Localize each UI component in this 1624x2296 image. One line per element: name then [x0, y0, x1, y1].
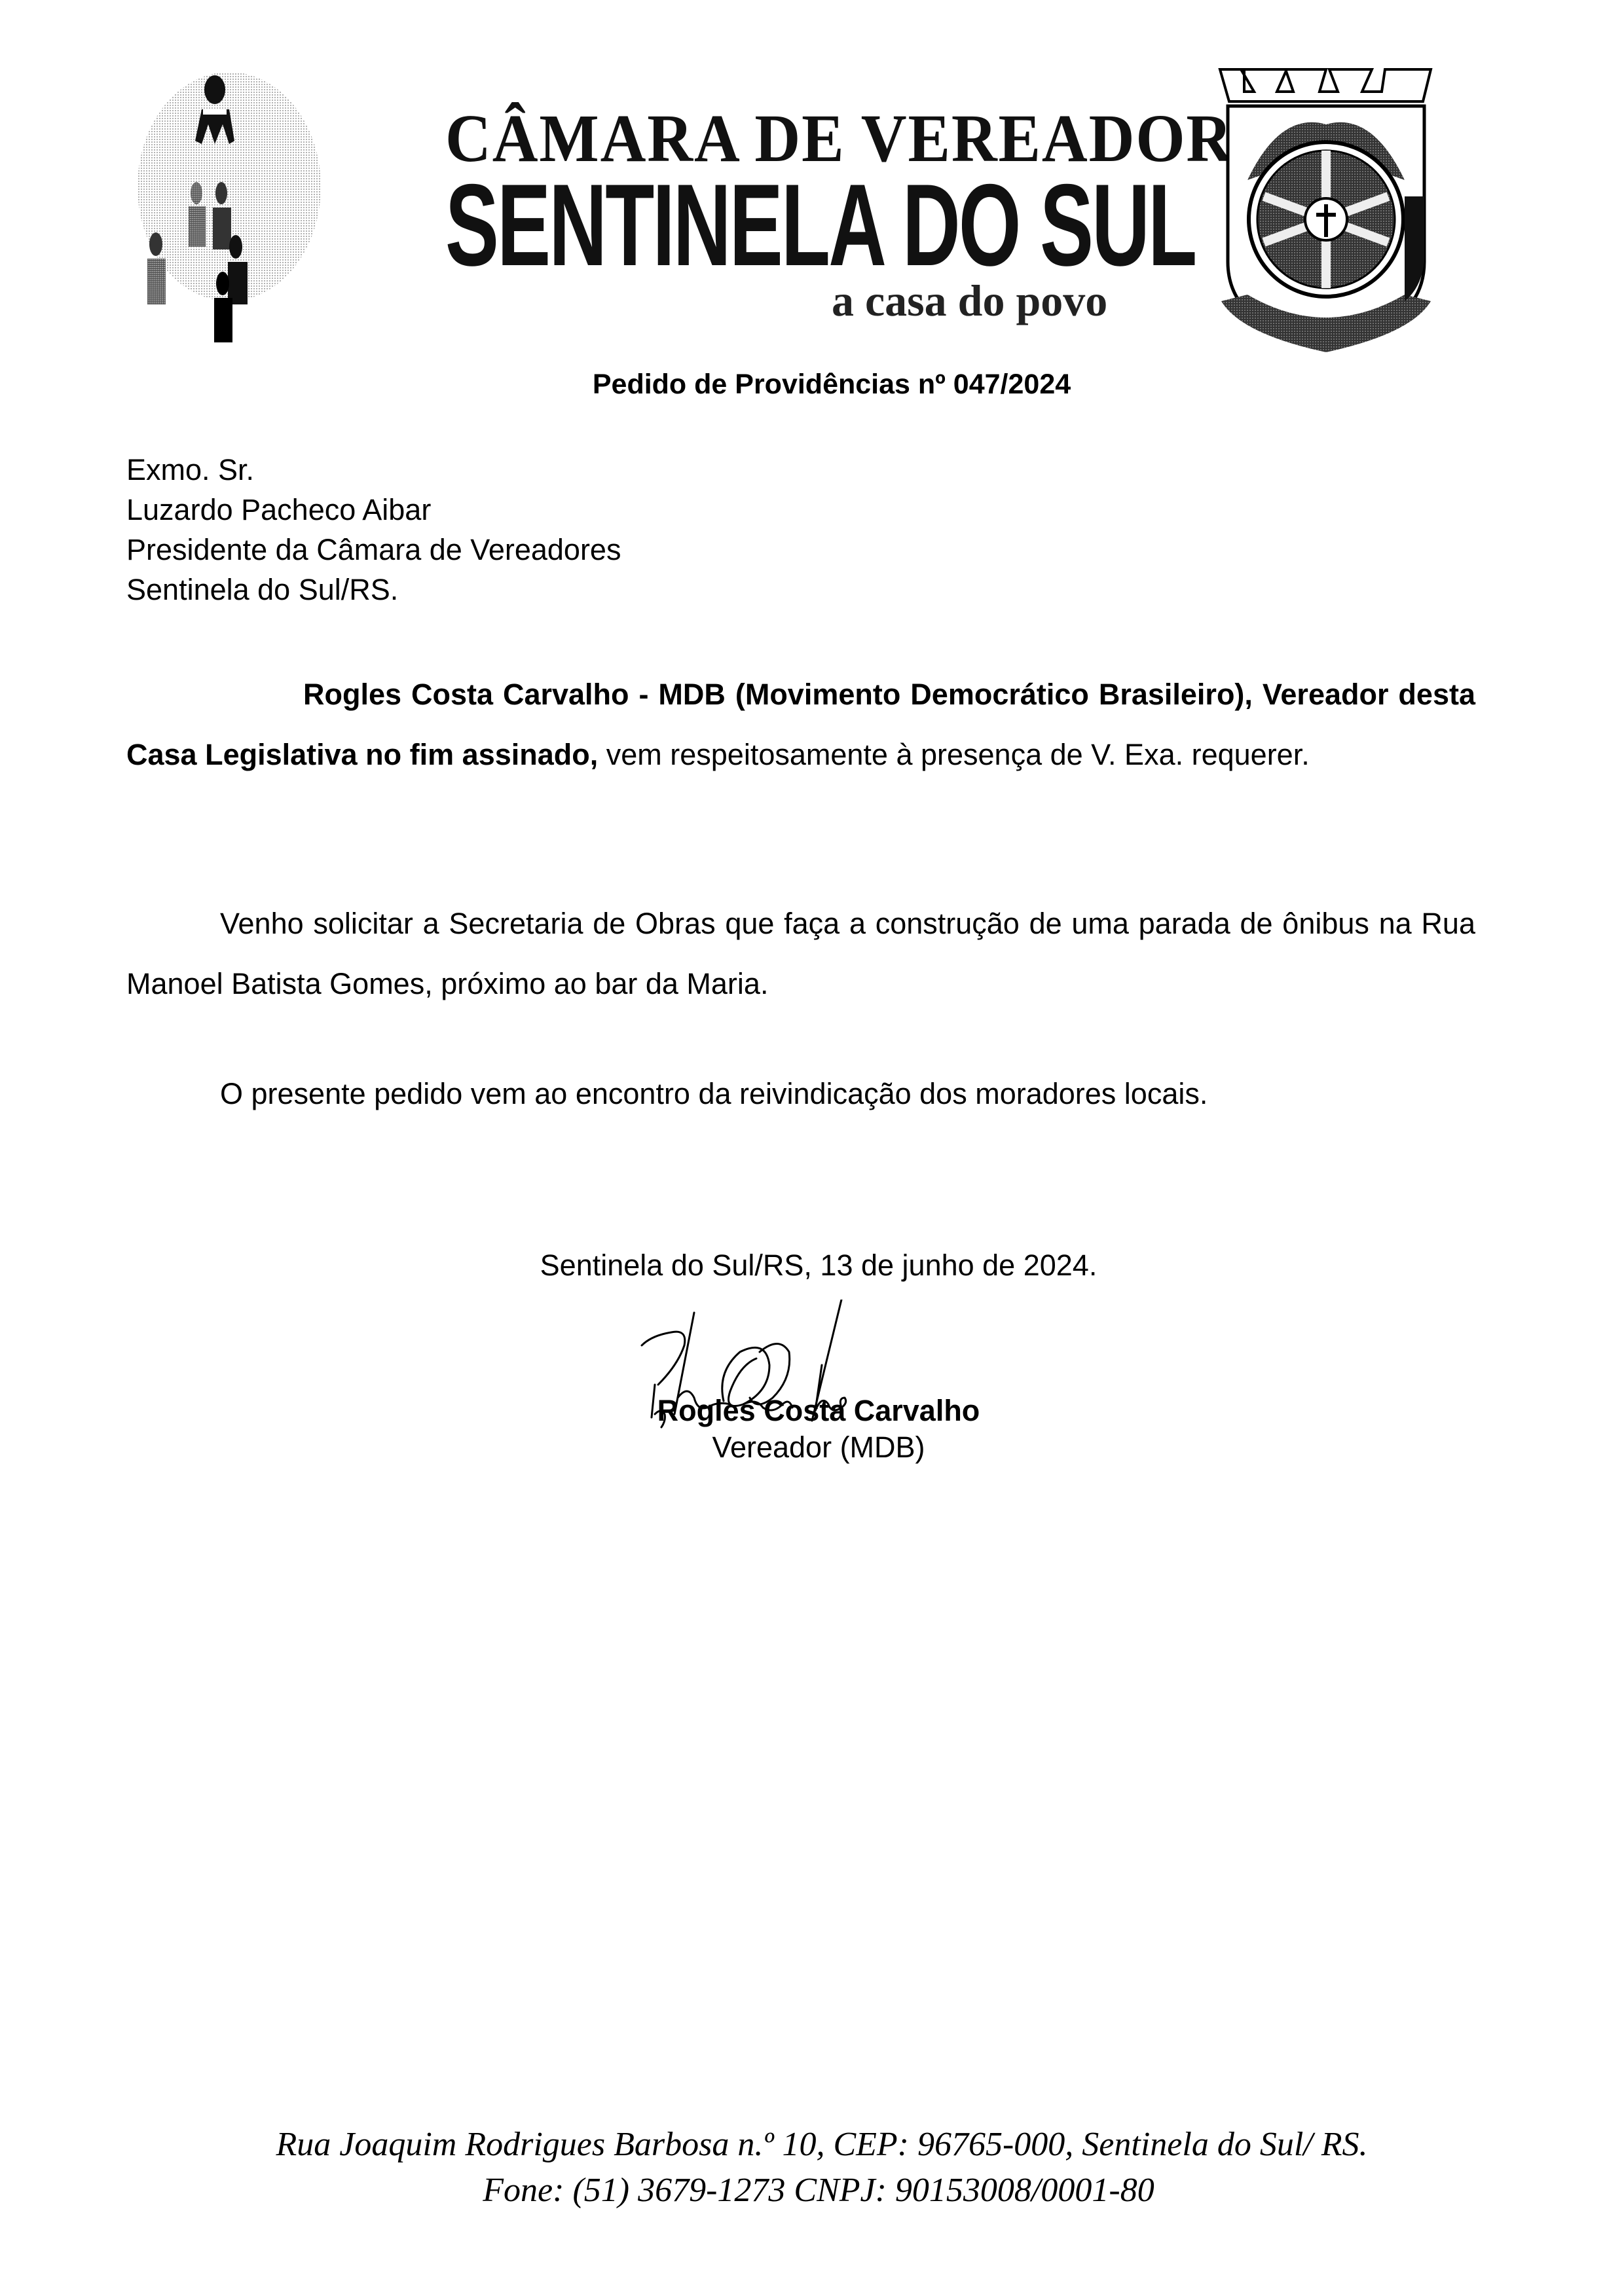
intro-normal-text: vem respeitosamente à presença de V. Exa… — [598, 738, 1309, 771]
document-title: Pedido de Providências nº 047/2024 — [0, 371, 1624, 399]
place-and-date: Sentinela do Sul/RS, 13 de junho de 2024… — [0, 1250, 1624, 1280]
institution-slogan: a casa do povo — [832, 278, 1107, 323]
municipal-coat-of-arms-icon — [1215, 65, 1437, 354]
addressee-title: Presidente da Câmara de Vereadores — [126, 530, 621, 570]
intro-paragraph: Rogles Costa Carvalho - MDB (Movimento D… — [126, 665, 1475, 785]
people-assembly-icon — [124, 62, 399, 350]
signer-name: Rogles Costa Carvalho — [0, 1396, 1624, 1425]
addressee-location: Sentinela do Sul/RS. — [126, 570, 621, 610]
footer-address: Rua Joaquim Rodrigues Barbosa n.º 10, CE… — [0, 2128, 1624, 2162]
addressee-name: Luzardo Pacheco Aibar — [126, 490, 621, 530]
signer-role: Vereador (MDB) — [0, 1432, 1624, 1462]
request-paragraph: Venho solicitar a Secretaria de Obras qu… — [126, 894, 1475, 1014]
addressee-salutation: Exmo. Sr. — [126, 450, 621, 490]
justification-paragraph: O presente pedido vem ao encontro da rei… — [126, 1064, 1475, 1124]
addressee-block: Exmo. Sr. Luzardo Pacheco Aibar Presiden… — [126, 450, 621, 610]
footer-contact: Fone: (51) 3679-1273 CNPJ: 90153008/0001… — [0, 2174, 1624, 2208]
municipality-name: SENTINELA DO SUL — [445, 167, 965, 283]
